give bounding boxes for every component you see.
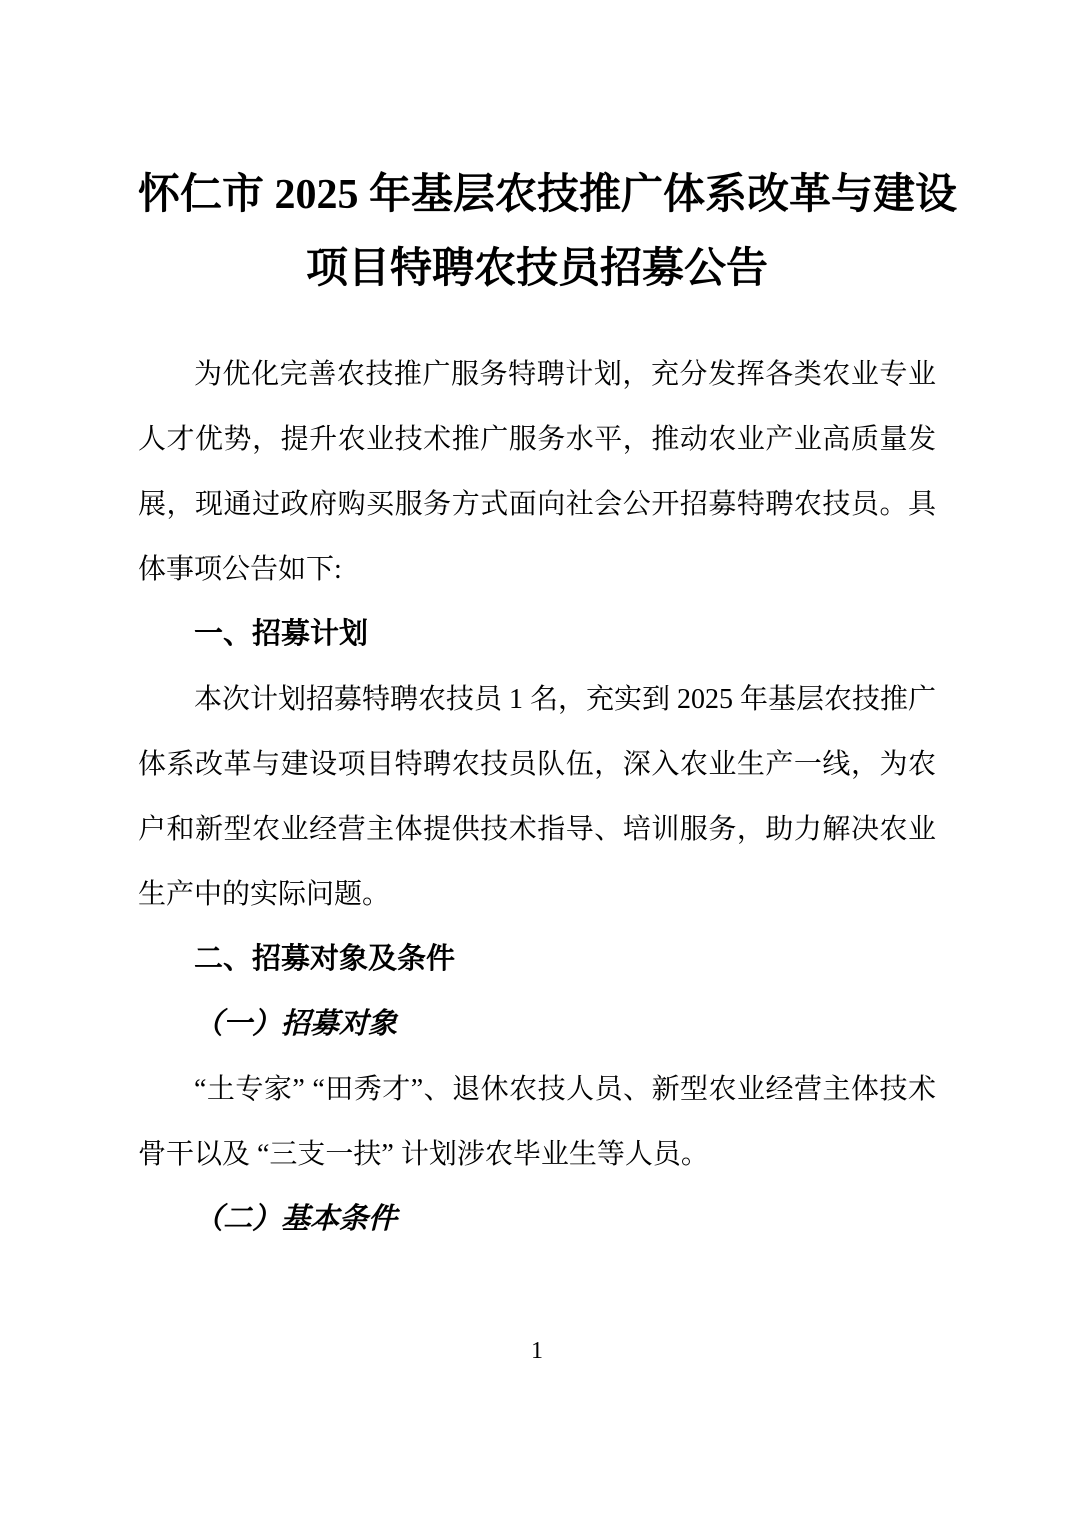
subsection-2-1-paragraph: “土专家” “田秀才”、退休农技人员、新型农业经营主体技术骨干以及 “三支一扶”… [138,1057,936,1187]
page-number: 1 [0,1336,1074,1366]
section-1-heading: 一、招募计划 [138,602,936,667]
document-title-line-2: 项目特聘农技员招募公告 [138,232,936,306]
document-title-line-1: 怀仁市 2025 年基层农技推广体系改革与建设 [138,158,936,232]
subsection-2-1-heading: （一）招募对象 [138,992,936,1057]
document-title: 怀仁市 2025 年基层农技推广体系改革与建设 项目特聘农技员招募公告 [138,0,936,306]
section-1-paragraph: 本次计划招募特聘农技员 1 名，充实到 2025 年基层农技推广体系改革与建设项… [138,667,936,927]
document-content: 怀仁市 2025 年基层农技推广体系改革与建设 项目特聘农技员招募公告 为优化完… [138,0,936,1252]
section-2-heading: 二、招募对象及条件 [138,927,936,992]
document-page: 怀仁市 2025 年基层农技推广体系改革与建设 项目特聘农技员招募公告 为优化完… [0,0,1074,1520]
subsection-2-2-heading: （二）基本条件 [138,1187,936,1252]
intro-paragraph: 为优化完善农技推广服务特聘计划，充分发挥各类农业专业人才优势，提升农业技术推广服… [138,342,936,602]
